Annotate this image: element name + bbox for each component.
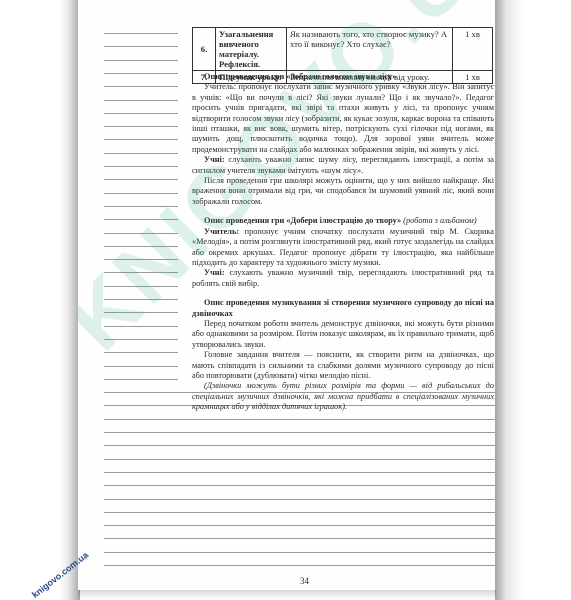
writing-line (104, 153, 178, 154)
heading-note: (робота з альбомом) (401, 216, 477, 225)
writing-line (104, 459, 495, 460)
writing-line (104, 538, 495, 539)
writing-line (104, 512, 495, 513)
writing-line (104, 445, 495, 446)
writing-line (104, 432, 495, 433)
row-duration: 1 хв (453, 28, 493, 71)
writing-line (104, 565, 495, 566)
paragraph: Головне завдання вчителя — пояснити, як … (192, 350, 494, 381)
writing-line (104, 100, 178, 101)
section-heading-music: Опис проведення музикування зі створення… (192, 298, 494, 319)
writing-line (104, 60, 178, 61)
paragraph: Перед початком роботи вчитель демонструє… (192, 319, 494, 350)
row-number: 6. (193, 28, 216, 71)
writing-line (104, 485, 495, 486)
page-shadow-left (60, 0, 80, 600)
writing-line (104, 46, 178, 47)
writing-line (104, 472, 495, 473)
writing-line (104, 73, 178, 74)
paragraph-text: слухають уважно музичний твір, перегляда… (192, 268, 494, 287)
page-number: 34 (300, 576, 309, 586)
paragraph: Учні: слухають уважно музичний твір, пер… (192, 268, 494, 289)
page-shadow-bottom (78, 590, 496, 600)
writing-line (104, 86, 178, 87)
writing-line (104, 419, 495, 420)
paragraph-note: (Дзвіночки можуть бути різних розмірів т… (192, 381, 494, 412)
writing-line (104, 113, 178, 114)
writing-line (104, 139, 178, 140)
workbook-page: 6. Узагальнення вивченого матеріалу. Реф… (78, 0, 495, 590)
writing-line (104, 552, 495, 553)
writing-line (104, 166, 178, 167)
writing-line (104, 126, 178, 127)
writing-line (104, 33, 178, 34)
writing-line (104, 379, 178, 380)
writing-line (104, 499, 495, 500)
row-stage: Узагальнення вивченого матеріалу. Рефлек… (216, 28, 287, 71)
writing-line (104, 525, 495, 526)
page-shadow-right (495, 0, 523, 600)
